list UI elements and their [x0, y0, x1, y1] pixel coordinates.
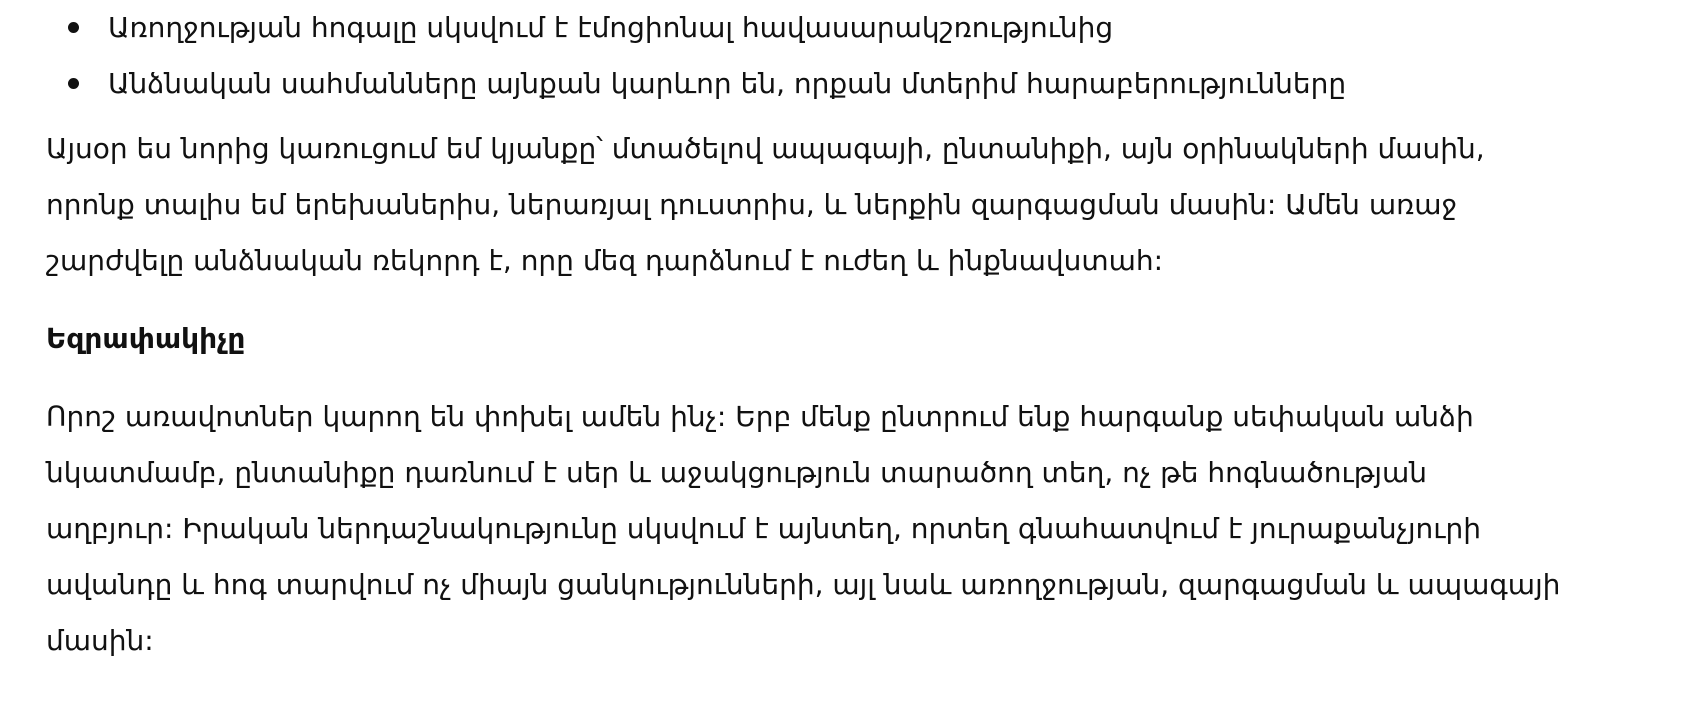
bullet-icon — [68, 78, 79, 89]
paragraph-line: աղբյուր: Իրական ներդաշնակությունը սկսվու… — [46, 501, 1666, 557]
paragraph-line: շարժվելը անձնական ռեկորդ է, որը մեզ դարձ… — [46, 233, 1666, 289]
paragraph-conclusion: Որոշ առավոտներ կարող են փոխել ամեն ինչ: … — [46, 389, 1666, 669]
paragraph-line: մասին: — [46, 613, 1666, 669]
paragraph-line: որոնք տալիս եմ երեխաներիս, ներառյալ դուս… — [46, 177, 1666, 233]
paragraph-line: Որոշ առավոտներ կարող են փոխել ամեն ինչ: … — [46, 389, 1666, 445]
bullet-icon — [68, 22, 79, 33]
bullet-text: Անձնական սահմանները այնքան կարևոր են, որ… — [108, 67, 1346, 100]
section-heading: Եզրափակիչը — [46, 311, 1666, 367]
paragraph-line: նկատմամբ, ընտանիքը դառնում է սեր և աջակց… — [46, 445, 1666, 501]
paragraph-line: ավանդը և հոգ տարվում ոչ միայն ցանկությու… — [46, 557, 1666, 613]
bullet-item: Առողջության հոգալը սկսվում է էմոցիոնալ հ… — [44, 0, 1666, 56]
paragraph-intro: Այսօր ես նորից կառուցում եմ կյանքը՝ մտած… — [46, 121, 1666, 289]
bullet-list: Առողջության հոգալը սկսվում է էմոցիոնալ հ… — [46, 0, 1666, 112]
bullet-text: Առողջության հոգալը սկսվում է էմոցիոնալ հ… — [108, 11, 1113, 44]
bullet-item: Անձնական սահմանները այնքան կարևոր են, որ… — [44, 56, 1666, 112]
paragraph-line: Այսօր ես նորից կառուցում եմ կյանքը՝ մտած… — [46, 121, 1666, 177]
document-body: Առողջության հոգալը սկսվում է էմոցիոնալ հ… — [46, 0, 1666, 669]
